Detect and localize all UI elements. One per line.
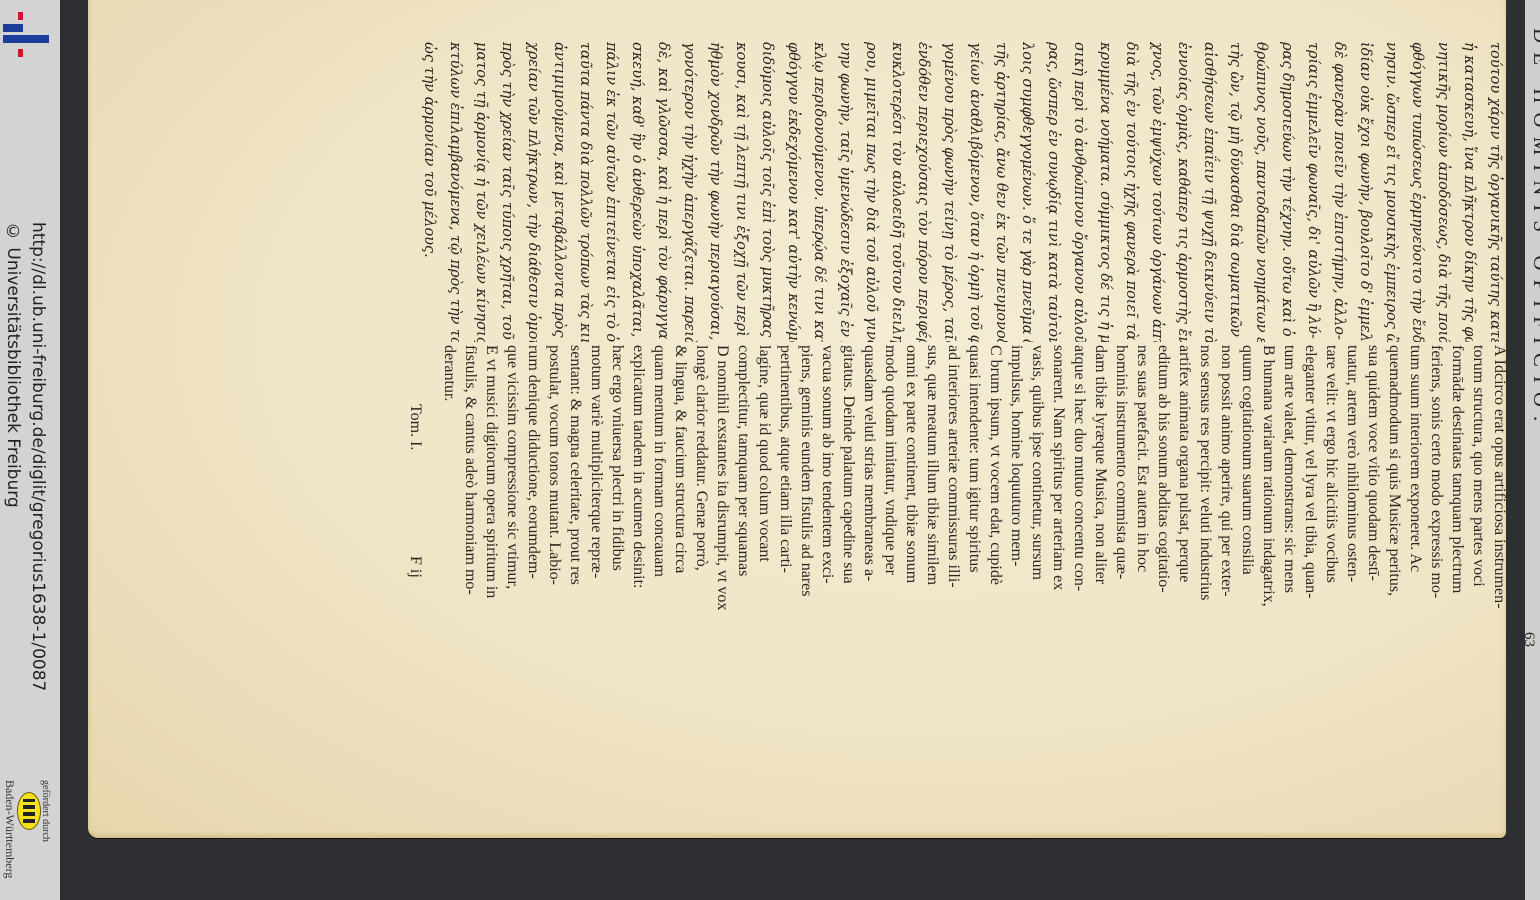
- latin-text-line: sentant: & magna celeritate, prout res: [565, 345, 586, 655]
- logo-red-bar-bottom: [18, 49, 23, 57]
- latin-text-line: longè clarior reddatur. Genæ porrò,: [691, 345, 712, 655]
- latin-text-line: non possit animo aperire, qui per exter-: [1216, 345, 1237, 655]
- greek-text-line: πρὸς τὴν χρείαν ταῖς τύποις χρῆται, τοῦ …: [494, 42, 520, 342]
- latin-text-line: explicatum tandem in acumen desinit:: [628, 345, 649, 655]
- latin-text-line: hæc ergo vniuersa plectri in fidibus: [607, 345, 628, 655]
- latin-text-line: eleganter vtitur, vel lyra vel tibia, qu…: [1300, 345, 1321, 655]
- latin-text-line: B humana variarum rationum indagatrix,: [1258, 345, 1279, 655]
- greek-text-line: κρυμμένα νοήματα. σύμμικτος δέ τις ἡ μου…: [1092, 42, 1118, 342]
- latin-text-line: editum ab his sonum abditas cogitatio-: [1153, 345, 1174, 655]
- scanned-page: DE HOMINIS OPIFICIO. 63 τούτου χάριν τῆς…: [88, 0, 1506, 838]
- greek-text-line: φθόγγον ἐκδεχόμενον κατ' αὐτὴν κενώματι,: [780, 42, 806, 342]
- latin-text-line: tum arte valeat, demonstrans: sic mens: [1279, 345, 1300, 655]
- latin-text-line: nos sensus res percipit: veluti industri…: [1195, 345, 1216, 655]
- greek-text-line: κλῳ περιδονούμενον. ὑπερῴα δέ τινι κατωθ…: [806, 42, 832, 342]
- greek-text-line: φθόγγων τυπώσεως ἑρμηνεύοιτο τὴν ἔνδοθεν…: [1404, 42, 1430, 342]
- latin-text-line: & lingua, & faucium structura circa: [670, 345, 691, 655]
- footer-signature: F ij: [406, 556, 424, 578]
- latin-text-line: E vt musici digitorum opera spiritum in: [481, 345, 502, 655]
- greek-text-line: γομένου πρὸς φωνὴν τείνῃ τὸ μέρος, ταῖς: [936, 42, 962, 342]
- latin-text-line: que vicissim compressione sic vtimur,: [502, 345, 523, 655]
- state-coat-of-arms-icon: [17, 792, 41, 830]
- greek-text-line: διὰ τῆς ἐν τούτοις ἠχῆς φανερὰ ποιεῖ τὰ …: [1118, 42, 1144, 342]
- greek-text-column: τούτου χάριν τῆς ὀργανικῆς ταύτης κατεσκ…: [418, 42, 1508, 342]
- latin-text-line: pertinentibus, atque etiam illa carti-: [775, 345, 796, 655]
- latin-text-line: quasdam veluti strias membraneas a-: [859, 345, 880, 655]
- latin-text-line: vasis, quibus ipse continetur, sursum: [1027, 345, 1048, 655]
- greek-text-line: ἡ κατασκευὴ, ἵνα πλῆκτρον δίκην τῆς φω-: [1456, 42, 1482, 342]
- greek-text-line: σικὴ περὶ τὸ ἀνθρώπινον ὄργανον αὐλοῦ κα…: [1066, 42, 1092, 342]
- funding-label: gefördert durch: [40, 780, 51, 842]
- greek-text-line: ἠθμὸν χονδρῶν τὴν φωνὴν περιαγούσαι, γε-: [702, 42, 728, 342]
- greek-text-line: τῆς ἀρτηρίας, ἄνω θεν ἐκ τῶν πνευμονοδόχ…: [988, 42, 1014, 342]
- viewer-sidebar: http://dl.ub.uni-freiburg.de/diglit/greg…: [0, 0, 60, 900]
- greek-text-line: τούτου χάριν τῆς ὀργανικῆς ταύτης κατεσκ…: [1482, 42, 1508, 342]
- latin-text-line: piens, geminis eundem fistulis ad nares: [796, 345, 817, 655]
- latin-text-line: sua quidem voce vitio quodam destī-: [1363, 345, 1384, 655]
- running-head: DE HOMINIS OPIFICIO.: [1528, 28, 1540, 430]
- permalink-url[interactable]: http://dl.ub.uni-freiburg.de/diglit/greg…: [28, 222, 48, 691]
- latin-text-line: C brum ipsum, vt vocem edat, cupidè: [985, 345, 1006, 655]
- latin-text-line: feriens, sonis certo modo expressis mo-: [1426, 345, 1447, 655]
- latin-text-line: quum cogitationum suarum consilia: [1237, 345, 1258, 655]
- greek-text-line: δὲ, καὶ γλῶσσα, καὶ ἡ περὶ τὸν φάρυγγα δ…: [650, 42, 676, 342]
- latin-text-line: modo quodam imitatur, vndique per: [880, 345, 901, 655]
- latin-text-column: A Idcirco erat opus artificiosa instrume…: [435, 345, 1510, 655]
- greek-text-line: ρου, μιμεῖται πως τὴν διὰ τοῦ αὐλοῦ γινο…: [858, 42, 884, 342]
- greek-text-line: δὲ φανερὰν ποιεῖν τὴν ἐπιστήμην, ἀλλο-: [1326, 42, 1352, 342]
- page-number: 63: [1520, 632, 1537, 647]
- funding-name: Baden-Württemberg: [2, 780, 17, 878]
- greek-text-line: κουσι, καὶ τῇ λεπτῇ τινι ἐξοχῇ τῶν περὶ …: [728, 42, 754, 342]
- latin-text-line: formādæ destinatas tamquam plectrum: [1447, 345, 1468, 655]
- latin-text-line: lagine, quæ id quod colum vocant: [754, 345, 775, 655]
- library-logo[interactable]: [0, 0, 60, 70]
- latin-text-line: impulsus, homine loquuturo mem-: [1006, 345, 1027, 655]
- greek-text-line: νην φωνὴν, ταῖς ὑμενώδεσιν ἐξοχαῖς ἐν κύ…: [832, 42, 858, 342]
- latin-text-line: hominis instrumento commista quæ-: [1111, 345, 1132, 655]
- greek-text-line: τὴς ὢν, τῷ μὴ δύνασθαι διὰ σωματικῶν: [1222, 42, 1248, 342]
- funding-badge: gefördert durch Baden-Württemberg: [0, 780, 60, 900]
- greek-text-line: ἀντιμιμούμενα, καὶ μεταβάλλοντα πρὸς τὴν: [546, 42, 572, 342]
- latin-text-line: artifex animata organa pulsat, perque: [1174, 345, 1195, 655]
- latin-text-line: fistulis, & cantus adeò harmoniam mo-: [460, 345, 481, 655]
- greek-text-line: λοις συμφθεγγομένων. ὅ τε γὰρ πνεῦμα διὰ: [1014, 42, 1040, 342]
- greek-text-line: ἐνδόθεν περιεχούσαις τὸν πόρον περιφέρεσ…: [910, 42, 936, 342]
- greek-text-line: θρώπινος νοῦς, παντοδαπῶν νοημάτων εὑρε-: [1248, 42, 1274, 342]
- latin-text-line: omni ex parte continent, tibiæ sonum: [901, 345, 922, 655]
- greek-text-line: γείων ἀναθλιβόμενον, ὅταν ἡ ὁρμὴ τοῦ φθε…: [962, 42, 988, 342]
- latin-text-line: derantur.: [439, 345, 460, 655]
- latin-text-line: postulat, vocum tonos mutant. Labio-: [544, 345, 565, 655]
- latin-text-line: ad interiores arteriæ commissuras illi-: [943, 345, 964, 655]
- greek-text-line: ματος τῇ ἁρμονίᾳ ἡ τῶν χειλέων κίνησις,: [468, 42, 494, 342]
- greek-text-line: χρείαν τῶν πλήκτρων, τὴν διάθεσιν ὁμοίως: [520, 42, 546, 342]
- logo-blue-bar-long: [3, 35, 49, 43]
- greek-text-line: ρας, ὥσπερ ἐν συνῳδίᾳ τινὶ κατὰ ταὐτὸν ἀ…: [1040, 42, 1066, 342]
- greek-text-line: ὡς τὴν ἁρμονίαν τοῦ μέλους.: [416, 42, 442, 342]
- latin-text-line: tum suum interiorem exponeret. Ac: [1405, 345, 1426, 655]
- latin-text-line: quemadmodum si quis Musicæ peritus,: [1384, 345, 1405, 655]
- greek-text-line: ταῦτα πάντα διὰ πολλῶν τρόπων τὰς κινήσε…: [572, 42, 598, 342]
- latin-text-line: atque si hæc duo mutuo concentu con-: [1069, 345, 1090, 655]
- greek-text-line: γονότερον τὴν ἠχὴν ἀπεργάζεται. παρειὰ: [676, 42, 702, 342]
- greek-text-line: νησιν. ὥσπερ εἴ τις μουσικὴς ἐμπειρος ὢν…: [1378, 42, 1404, 342]
- greek-text-line: νητικῆς μορίων ἀποδόσεως, διὰ τῆς ποιᾶς …: [1430, 42, 1456, 342]
- greek-text-line: τρίαις ἐμμελεῖν φωναῖς, δι' αὐλῶν ἢ λύ-: [1300, 42, 1326, 342]
- logo-blue-bar-short: [3, 24, 23, 32]
- greek-text-line: ἐννοίας ὁρμὰς, καθάπερ τις ἁρμοστὴς ἔντε…: [1170, 42, 1196, 342]
- logo-red-bar-top: [18, 12, 23, 20]
- greek-text-line: χνος, τῶν ἐμψύχων τούτων ὀργάνων ἁπτόμεν…: [1144, 42, 1170, 342]
- latin-text-line: tare velit: vt ergo hic alicitiis vocibu…: [1321, 345, 1342, 655]
- greek-text-line: κυκλοτερέσι τὸν αὐλοειδῆ τοῦτον διειλημμ…: [884, 42, 910, 342]
- latin-text-line: sonarent. Nam spiritus per arteriam ex: [1048, 345, 1069, 655]
- greek-text-line: διδύμοις αὐλοῖς τοῖς ἐπὶ τοὺς μυκτῆρας δ…: [754, 42, 780, 342]
- latin-text-line: quam mentum in formam concauam: [649, 345, 670, 655]
- latin-text-line: motum variè multipliciterque repræ-: [586, 345, 607, 655]
- latin-text-line: nes suas patefacit. Est autem in hoc: [1132, 345, 1153, 655]
- greek-text-line: πάλιν ἐκ τῶν αὐτῶν ἐπιτείνεται εἰς τὸ ὀξ…: [598, 42, 624, 342]
- latin-text-line: A Idcirco erat opus artificiosa instrume…: [1489, 345, 1510, 655]
- latin-text-line: torum structura, quo mens partes voci: [1468, 345, 1489, 655]
- latin-text-line: complectitur, tamquam per squamas: [733, 345, 754, 655]
- latin-text-line: D nonnihil exstantes ita disrumpit, vt v…: [712, 345, 733, 655]
- greek-text-line: αἰσθήσεων ἐπαΐειν τῇ ψυχῇ δεικνύειν τὰς: [1196, 42, 1222, 342]
- latin-text-line: gitatus. Deinde palatum capedine sua: [838, 345, 859, 655]
- greek-text-line: κτύλων ἐπιλαμβανόμενα, τῷ πρὸς τὴν τοῦ: [442, 42, 468, 342]
- latin-text-line: tuatur, artem verò nihilominus osten-: [1342, 345, 1363, 655]
- page-content: DE HOMINIS OPIFICIO. 63 τούτου χάριν τῆς…: [88, 0, 1506, 838]
- greek-text-line: σκευή, καθ' ἣν ὁ ἀνθερεὼν ὑποχαλᾶται, κα…: [624, 42, 650, 342]
- latin-text-line: quasi intendente: tum igitur spiritus: [964, 345, 985, 655]
- latin-text-line: sus, quæ meatum illum tibiæ similem: [922, 345, 943, 655]
- latin-text-line: rum denique diductione, eorumdem-: [523, 345, 544, 655]
- greek-text-line: ἰδίαν οὐκ ἔχοι φωνὴν, βουλοῖτο δ' ἐμμελῶ…: [1352, 42, 1378, 342]
- greek-text-line: ρας δημοσιεύων τὴν τέχνην. οὕτω καὶ ὁ ἀν…: [1274, 42, 1300, 342]
- copyright-notice: © Universitätsbibliothek Freiburg: [3, 222, 23, 508]
- latin-text-line: dam tibiæ lyræque Musica, non aliter: [1090, 345, 1111, 655]
- footer-volume: Tom. I.: [406, 404, 424, 450]
- latin-text-line: vacua sonum ab imo tendentem exci-: [817, 345, 838, 655]
